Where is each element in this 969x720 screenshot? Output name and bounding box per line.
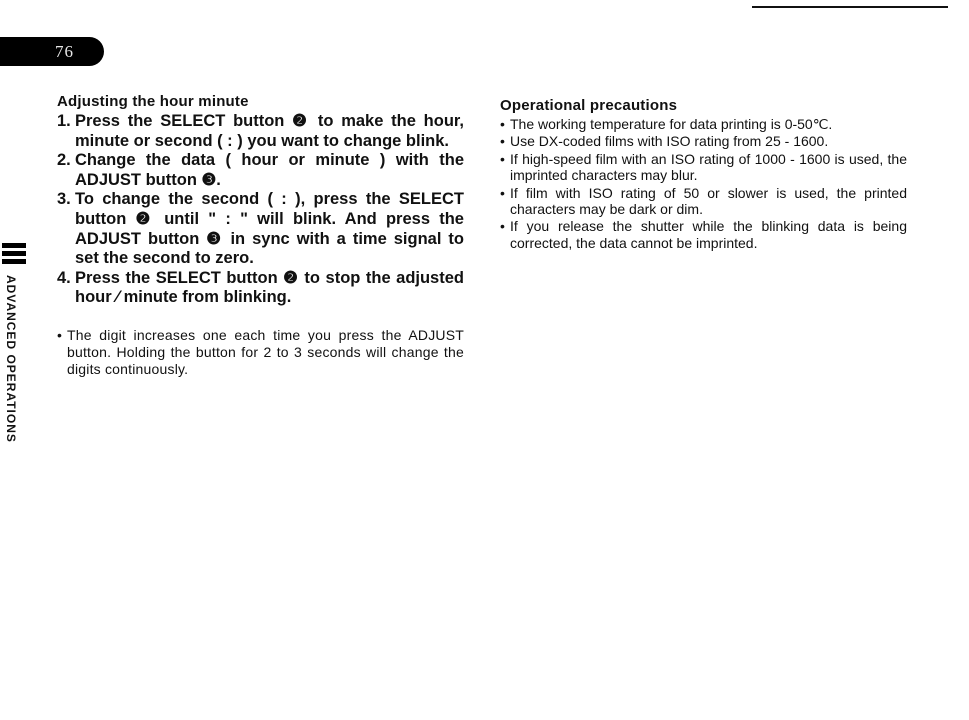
precautions-list: • The working temperature for data print… (500, 116, 907, 251)
section-marker-bars (2, 243, 26, 267)
step-number: 4. (57, 269, 75, 308)
step-item: 4. Press the SELECT button ❷ to stop the… (57, 269, 464, 308)
step-number: 1. (57, 112, 75, 151)
precautions-title: Operational precautions (500, 97, 907, 114)
right-column: Operational precautions • The working te… (500, 97, 907, 252)
precaution-item: • The working temperature for data print… (500, 116, 907, 132)
precaution-text: If film with ISO rating of 50 or slower … (510, 185, 907, 218)
steps-list: 1. Press the SELECT button ❷ to make the… (57, 112, 464, 308)
bullet-icon: • (500, 218, 510, 251)
step-item: 3. To change the second ( : ), press the… (57, 190, 464, 268)
step-text: To change the second ( : ), press the SE… (75, 190, 464, 268)
step-text: Change the data ( hour or minute ) with … (75, 151, 464, 190)
precaution-item: • If high-speed film with an ISO rating … (500, 151, 907, 184)
left-column: Adjusting the hour minute 1. Press the S… (57, 93, 464, 378)
precaution-text: If you release the shutter while the bli… (510, 218, 907, 251)
step-number: 3. (57, 190, 75, 268)
section-title: Adjusting the hour minute (57, 93, 464, 110)
marker-bar (2, 259, 26, 264)
step-text: Press the SELECT button ❷ to make the ho… (75, 112, 464, 151)
section-side-label: ADVANCED OPERATIONS (4, 275, 18, 443)
page-number: 76 (55, 42, 74, 62)
precaution-text: Use DX-coded films with ISO rating from … (510, 133, 828, 149)
note-text: The digit increases one each time you pr… (67, 327, 464, 378)
step-item: 2. Change the data ( hour or minute ) wi… (57, 151, 464, 190)
marker-bar (2, 243, 26, 248)
precaution-item: • If you release the shutter while the b… (500, 218, 907, 251)
bullet-icon: • (57, 327, 67, 378)
marker-bar (2, 251, 26, 256)
top-rule (752, 6, 948, 8)
bullet-icon: • (500, 151, 510, 184)
precaution-item: • If film with ISO rating of 50 or slowe… (500, 185, 907, 218)
precaution-text: If high-speed film with an ISO rating of… (510, 151, 907, 184)
step-text: Press the SELECT button ❷ to stop the ad… (75, 269, 464, 308)
note: • The digit increases one each time you … (57, 327, 464, 378)
step-number: 2. (57, 151, 75, 190)
step-item: 1. Press the SELECT button ❷ to make the… (57, 112, 464, 151)
bullet-icon: • (500, 133, 510, 149)
bullet-icon: • (500, 116, 510, 132)
precaution-text: The working temperature for data printin… (510, 116, 832, 132)
precaution-item: • Use DX-coded films with ISO rating fro… (500, 133, 907, 149)
page-number-tab: 76 (0, 37, 104, 66)
bullet-icon: • (500, 185, 510, 218)
